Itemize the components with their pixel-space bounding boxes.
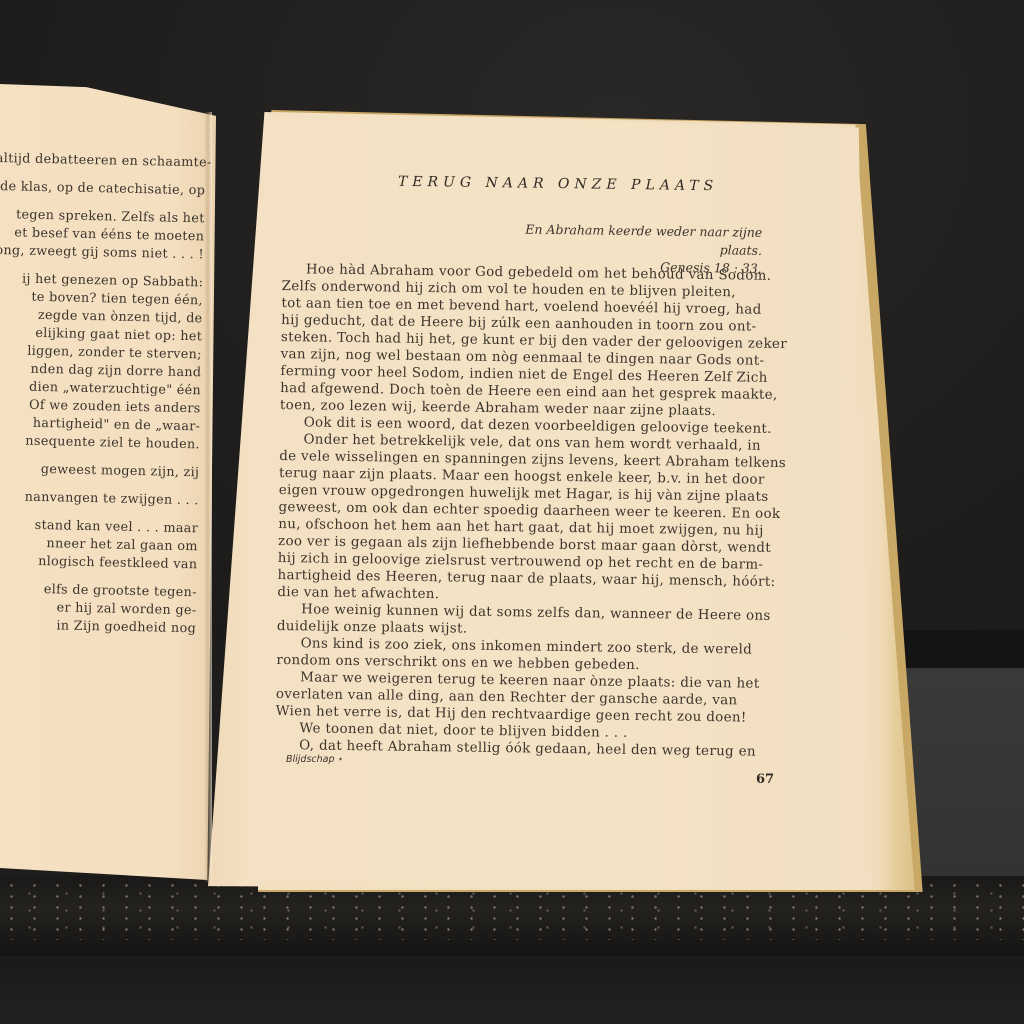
epigraph-quote: En Abraham keerde weder naar zijne plaat…	[490, 220, 762, 260]
right-page-body: Hoe hàd Abraham voor God gebedeld om het…	[275, 261, 772, 761]
page-footer: Blijdschap ⋆	[286, 754, 343, 765]
book-gutter	[204, 112, 212, 882]
left-page-text: altijd debatteeren en schaamte-de klas, …	[0, 150, 206, 638]
wood-ledge	[900, 630, 1024, 670]
page-number: 67	[756, 772, 774, 787]
dark-floor	[0, 956, 1024, 1024]
